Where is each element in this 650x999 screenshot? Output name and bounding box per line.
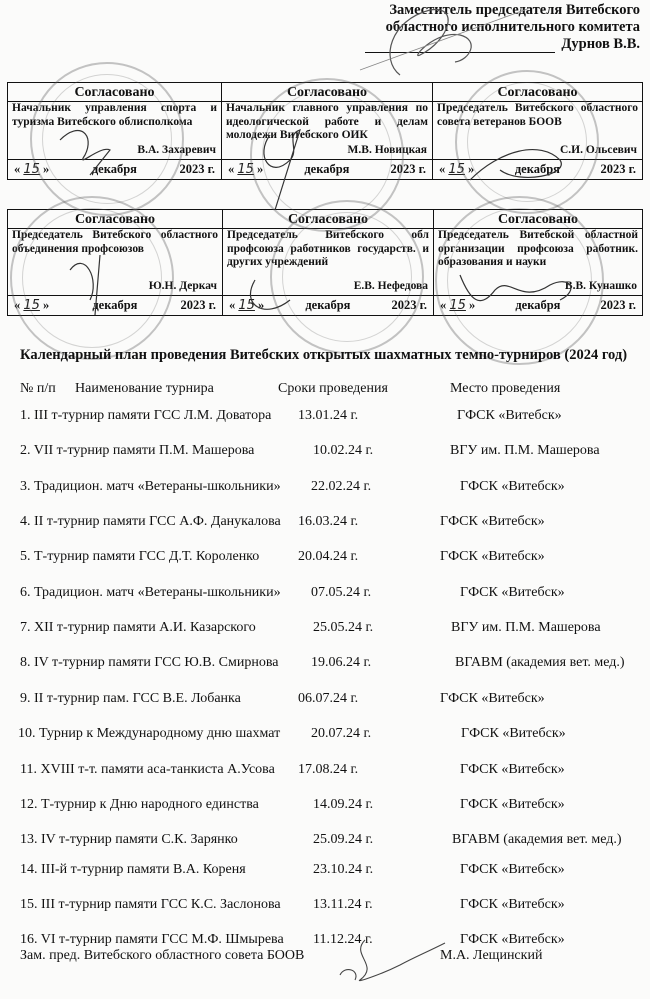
tournament-name: 9. II т-турнир пам. ГСС В.Е. Лобанка [20, 691, 241, 707]
agreement-day: 15 [23, 298, 40, 313]
approval-title-line1: Заместитель председателя Витебского [340, 2, 640, 19]
tournament-place: ГФСК «Витебск» [440, 691, 545, 707]
agreement-date: « 15 » декабря 2023 г. [8, 296, 223, 316]
agreement-cell: Председатель Витебского областного совет… [433, 102, 643, 160]
tournament-name: 10. Турнир к Международному дню шахмат [18, 726, 280, 742]
tournament-place: ГФСК «Витебск» [461, 726, 566, 742]
tournament-place: ГФСК «Витебск» [460, 932, 565, 948]
tournament-name: 16. VI т-турнир памяти ГСС М.Ф. Шмырева [20, 932, 284, 948]
tournament-date: 20.07.24 г. [311, 726, 371, 742]
tournament-date: 10.02.24 г. [313, 443, 373, 459]
tournament-date: 25.05.24 г. [313, 620, 373, 636]
tournament-name: 1. III т-турнир памяти ГСС Л.М. Доватора [20, 408, 271, 424]
agreement-month: декабря [515, 161, 560, 178]
agreement-month: декабря [304, 161, 349, 178]
agreement-month: декабря [305, 297, 350, 314]
agreement-signer: Е.В. Нефедова [354, 280, 428, 294]
agreement-cell: Председатель Витебской областной организ… [434, 229, 643, 296]
agreement-signer: М.В. Новицкая [348, 144, 427, 158]
footer-position: Зам. пред. Витебского областного совета … [20, 948, 304, 964]
agreement-title: Начальник главного управления по идеолог… [226, 102, 428, 141]
tournament-name: 11. XVIII т-т. памяти аса-танкиста А.Усо… [20, 762, 275, 778]
tournament-date: 13.11.24 г. [313, 897, 373, 913]
agreement-year: 2023 г. [180, 297, 216, 314]
tournament-name: 6. Традицион. матч «Ветераны-школьники» [20, 585, 281, 601]
agreement-head: Согласовано [434, 210, 643, 229]
tournament-name: 7. XII т-турнир памяти А.И. Казарского [20, 620, 256, 636]
agreement-day: 15 [449, 298, 466, 313]
tournament-name: 4. II т-турнир памяти ГСС А.Ф. Данукалов… [20, 514, 281, 530]
agreement-title: Председатель Витебского областного совет… [437, 102, 638, 128]
agreement-table-1: Согласовано Согласовано Согласовано Нача… [7, 82, 643, 180]
agreement-table-2: Согласовано Согласовано Согласовано Пред… [7, 209, 643, 316]
column-header-num: № п/п [20, 381, 56, 397]
agreement-day: 15 [23, 162, 40, 177]
tournament-place: ГФСК «Витебск» [460, 479, 565, 495]
agreement-month: декабря [92, 297, 137, 314]
agreement-date: « 15 » декабря 2023 г. [223, 296, 434, 316]
agreement-cell: Председатель Витебского обл профсоюза ра… [223, 229, 434, 296]
agreement-year: 2023 г. [600, 161, 636, 178]
agreement-cell: Председатель Витебского областного объед… [8, 229, 223, 296]
tournament-date: 14.09.24 г. [313, 797, 373, 813]
agreement-title: Председатель Витебской областной организ… [438, 229, 638, 268]
tournament-date: 13.01.24 г. [298, 408, 358, 424]
agreement-year: 2023 г. [391, 297, 427, 314]
agreement-head: Согласовано [223, 210, 434, 229]
agreement-year: 2023 г. [600, 297, 636, 314]
agreement-title: Председатель Витебского областного объед… [12, 229, 218, 255]
tournament-name: 15. III т-турнир памяти ГСС К.С. Заслоно… [20, 897, 281, 913]
tournament-place: ГФСК «Витебск» [460, 797, 565, 813]
agreement-cell: Начальник главного управления по идеолог… [222, 102, 433, 160]
tournament-place: ГФСК «Витебск» [460, 585, 565, 601]
tournament-date: 16.03.24 г. [298, 514, 358, 530]
tournament-date: 07.05.24 г. [311, 585, 371, 601]
tournament-name: 2. VII т-турнир памяти П.М. Машерова [20, 443, 254, 459]
agreement-date: « 15 » декабря 2023 г. [434, 296, 643, 316]
tournament-place: ГФСК «Витебск» [460, 862, 565, 878]
agreement-day: 15 [237, 162, 254, 177]
agreement-signer: Ю.Н. Деркач [149, 280, 217, 294]
agreement-head: Согласовано [8, 83, 222, 102]
tournament-place: ГФСК «Витебск» [457, 408, 562, 424]
agreement-month: декабря [92, 161, 137, 178]
tournament-place: ВГУ им. П.М. Машерова [450, 443, 600, 459]
agreement-year: 2023 г. [179, 161, 215, 178]
tournament-name: 13. IV т-турнир памяти С.К. Зарянко [20, 832, 238, 848]
tournament-name: 14. III-й т-турнир памяти В.А. Кореня [20, 862, 246, 878]
approval-title-line2: областного исполнительного комитета [340, 19, 640, 36]
tournament-date: 19.06.24 г. [311, 655, 371, 671]
column-header-dates: Сроки проведения [278, 381, 388, 397]
agreement-title: Начальник управления спорта и туризма Ви… [12, 102, 217, 128]
tournament-name: 5. Т-турнир памяти ГСС Д.Т. Короленко [20, 549, 259, 565]
agreement-cell: Начальник управления спорта и туризма Ви… [8, 102, 222, 160]
tournament-date: 20.04.24 г. [298, 549, 358, 565]
agreement-year: 2023 г. [390, 161, 426, 178]
signature-line [365, 38, 555, 53]
agreement-day: 15 [448, 162, 465, 177]
tournament-name: 8. IV т-турнир памяти ГСС Ю.В. Смирнова [20, 655, 278, 671]
tournament-date: 25.09.24 г. [313, 832, 373, 848]
tournament-place: ВГАВМ (академия вет. мед.) [452, 832, 622, 848]
tournament-place: ВГАВМ (академия вет. мед.) [455, 655, 625, 671]
agreement-day: 15 [238, 298, 255, 313]
tournament-place: ВГУ им. П.М. Машерова [451, 620, 601, 636]
tournament-place: ГФСК «Витебск» [440, 549, 545, 565]
agreement-head: Согласовано [222, 83, 433, 102]
footer-name: М.А. Лещинский [440, 948, 542, 964]
agreement-head: Согласовано [8, 210, 223, 229]
tournament-place: ГФСК «Витебск» [440, 514, 545, 530]
plan-title: Календарный план проведения Витебских от… [20, 347, 627, 364]
tournament-place: ГФСК «Витебск» [460, 897, 565, 913]
tournament-name: 12. Т-турнир к Дню народного единства [20, 797, 259, 813]
column-header-place: Место проведения [450, 381, 560, 397]
tournament-date: 06.07.24 г. [298, 691, 358, 707]
tournament-date: 11.12.24 г. [313, 932, 373, 948]
tournament-date: 23.10.24 г. [313, 862, 373, 878]
agreement-signer: В.В. Кунашко [565, 280, 637, 294]
agreement-date: « 15 » декабря 2023 г. [8, 160, 222, 180]
agreement-signer: С.И. Ольсевич [560, 144, 637, 158]
column-header-name: Наименование турнира [75, 381, 214, 397]
tournament-place: ГФСК «Витебск» [460, 762, 565, 778]
agreement-date: « 15 » декабря 2023 г. [222, 160, 433, 180]
tournament-date: 17.08.24 г. [298, 762, 358, 778]
approval-block: Заместитель председателя Витебского обла… [340, 2, 640, 53]
agreement-month: декабря [515, 297, 560, 314]
agreement-head: Согласовано [433, 83, 643, 102]
agreement-signer: В.А. Захаревич [137, 144, 216, 158]
agreement-title: Председатель Витебского обл профсоюза ра… [227, 229, 429, 268]
tournament-name: 3. Традицион. матч «Ветераны-школьники» [20, 479, 281, 495]
agreement-date: « 15 » декабря 2023 г. [433, 160, 643, 180]
approver-name: Дурнов В.В. [561, 36, 640, 53]
tournament-date: 22.02.24 г. [311, 479, 371, 495]
